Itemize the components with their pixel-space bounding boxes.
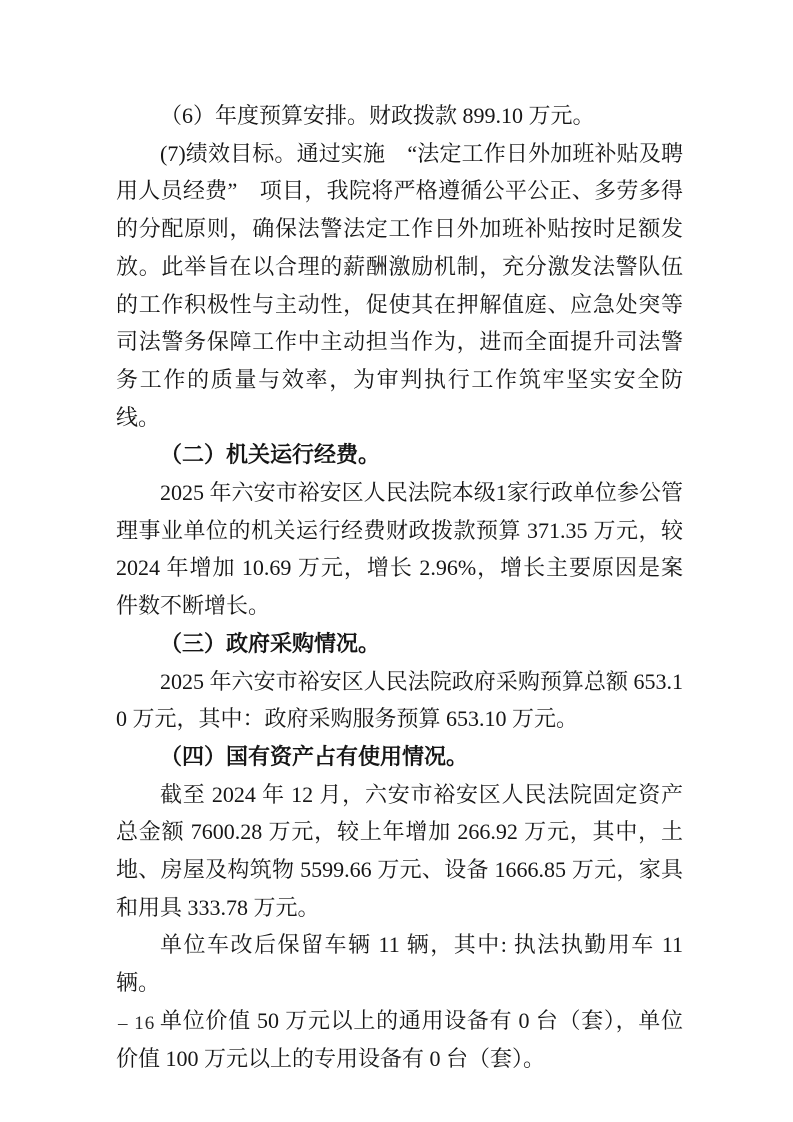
document-page: （6）年度预算安排。财政拨款 899.10 万元。 (7)绩效目标。通过实施 “… <box>0 0 793 1122</box>
paragraph-fixed-assets-detail: 截至 2024 年 12 月，六安市裕安区人民法院固定资产总金额 7600.28… <box>116 776 683 927</box>
section-heading-government-procurement: （三）政府采购情况。 <box>116 625 683 663</box>
paragraph-operating-funds-detail: 2025 年六安市裕安区人民法院本级1家行政单位参公管理事业单位的机关运行经费财… <box>116 474 683 625</box>
paragraph-procurement-detail: 2025 年六安市裕安区人民法院政府采购预算总额 653.10 万元，其中：政府… <box>116 663 683 738</box>
page-number: – 16 – <box>118 1010 172 1038</box>
paragraph-vehicles-retained: 单位车改后保留车辆 11 辆，其中: 执法执勤用车 11 辆。 <box>116 926 683 1001</box>
section-heading-state-assets-usage: （四）国有资产占有使用情况。 <box>116 738 683 776</box>
paragraph-performance-goals: (7)绩效目标。通过实施 “法定工作日外加班补贴及聘用人员经费” 项目，我院将严… <box>116 135 683 437</box>
section-heading-agency-operating-funds: （二）机关运行经费。 <box>116 436 683 474</box>
paragraph-annual-budget-arrangement: （6）年度预算安排。财政拨款 899.10 万元。 <box>116 97 683 135</box>
paragraph-equipment-counts: 单位价值 50 万元以上的通用设备有 0 台（套），单位价值 100 万元以上的… <box>116 1002 683 1077</box>
document-body: （6）年度预算安排。财政拨款 899.10 万元。 (7)绩效目标。通过实施 “… <box>116 97 683 1077</box>
